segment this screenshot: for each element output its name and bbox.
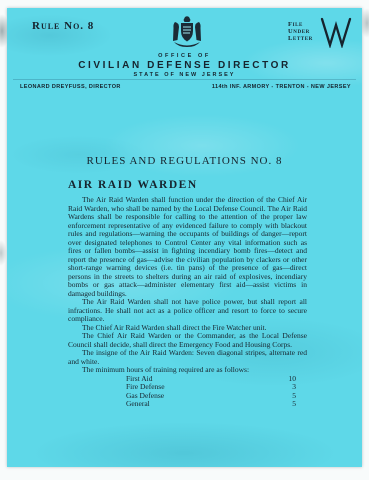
scan-edge-smudge [0, 240, 7, 266]
organization-name: CIVILIAN DEFENSE DIRECTOR [7, 60, 362, 71]
address-line: 114th INF. ARMORY - TRENTON - NEW JERSEY [212, 84, 351, 90]
paragraph-police-power: The Air Raid Warden shall not have polic… [68, 298, 307, 324]
document-title: RULES AND REGULATIONS NO. 8 [7, 155, 362, 167]
training-hours-table: First Aid 10 Fire Defense 3 Gas Defense … [126, 375, 307, 409]
training-hours: 5 [264, 400, 296, 409]
training-hours: 10 [264, 375, 296, 384]
file-under-line-2: Under [288, 28, 313, 35]
file-under-line-3: Letter [288, 35, 313, 42]
paragraph-food-housing: The Chief Air Raid Warden or the Command… [68, 332, 307, 349]
training-hours: 3 [264, 383, 296, 392]
training-row: General 5 [126, 400, 307, 409]
paragraph-duties: The Air Raid Warden shall function under… [68, 196, 307, 298]
state-name: STATE OF NEW JERSEY [7, 72, 362, 78]
rule-number-label: Rule No. 8 [32, 20, 94, 32]
file-under-label: File Under Letter [288, 21, 313, 42]
section-heading: AIR RAID WARDEN [68, 179, 198, 191]
nj-state-seal-icon [166, 16, 208, 57]
header-divider [13, 79, 356, 80]
document-body: The Air Raid Warden shall function under… [68, 196, 307, 409]
office-of-label: OFFICE OF [7, 53, 362, 59]
training-label: General [126, 399, 150, 408]
file-under-line-1: File [288, 21, 313, 28]
training-hours: 5 [264, 392, 296, 401]
training-row: Gas Defense 5 [126, 392, 307, 401]
director-name: LEONARD DREYFUSS, DIRECTOR [20, 84, 121, 90]
paragraph-insigne: The insigne of the Air Raid Warden: Seve… [68, 349, 307, 366]
file-letter-w-icon [319, 16, 353, 53]
scanned-document-page: Rule No. 8 File Under Letter [7, 8, 362, 467]
paragraph-training-intro: The minimum hours of training required a… [68, 366, 307, 375]
